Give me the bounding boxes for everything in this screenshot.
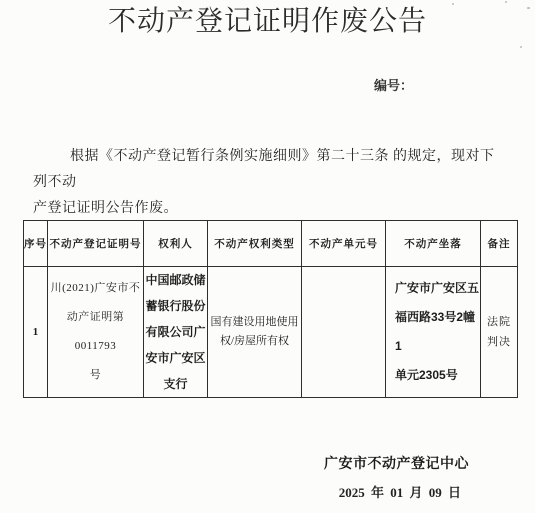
document-number-label: 编号：	[374, 75, 413, 94]
invalidation-table: 序号 不动产登记证明号 权利人 不动产权利类型 不动产单元号 不动产坐落 备注 …	[23, 220, 518, 398]
cell-seq: 1	[24, 267, 48, 398]
scan-speck	[520, 46, 522, 48]
header-seq: 序号	[24, 221, 48, 267]
cell-remark: 法院 判决	[481, 267, 518, 398]
header-holder: 权利人	[144, 221, 208, 267]
table-header-row: 序号 不动产登记证明号 权利人 不动产权利类型 不动产单元号 不动产坐落 备注	[24, 221, 518, 267]
issuing-authority: 广安市不动产登记中心	[324, 453, 469, 473]
header-unit-no: 不动产单元号	[302, 221, 386, 267]
cell-location: 广安市广安区五 福西路33号2幢1 单元2305号	[386, 267, 481, 398]
header-right-type: 不动产权利类型	[208, 221, 302, 267]
cell-holder: 中国邮政储 蓄银行股份 有限公司广 安市广安区 支行	[144, 267, 208, 398]
header-cert-no: 不动产登记证明号	[48, 221, 144, 267]
issue-date: 2025 年 01 月 09 日	[339, 482, 461, 501]
cell-cert-no: 川(2021)广安市不 动产证明第0011793 号	[48, 267, 144, 398]
announcement-body-text: 根据《不动产登记暂行条例实施细则》第二十三条 的规定，现对下列不动 产登记证明公…	[33, 144, 503, 222]
cell-right-type: 国有建设用地使用 权/房屋所有权	[208, 267, 302, 398]
header-remark: 备注	[481, 221, 518, 267]
header-location: 不动产坐落	[386, 221, 481, 267]
table-row: 1 川(2021)广安市不 动产证明第0011793 号 中国邮政储 蓄银行股份…	[24, 267, 518, 398]
cell-unit-no	[302, 267, 386, 398]
scan-speck	[505, 1, 507, 3]
page-title: 不动产登记证明作废公告	[0, 4, 535, 38]
